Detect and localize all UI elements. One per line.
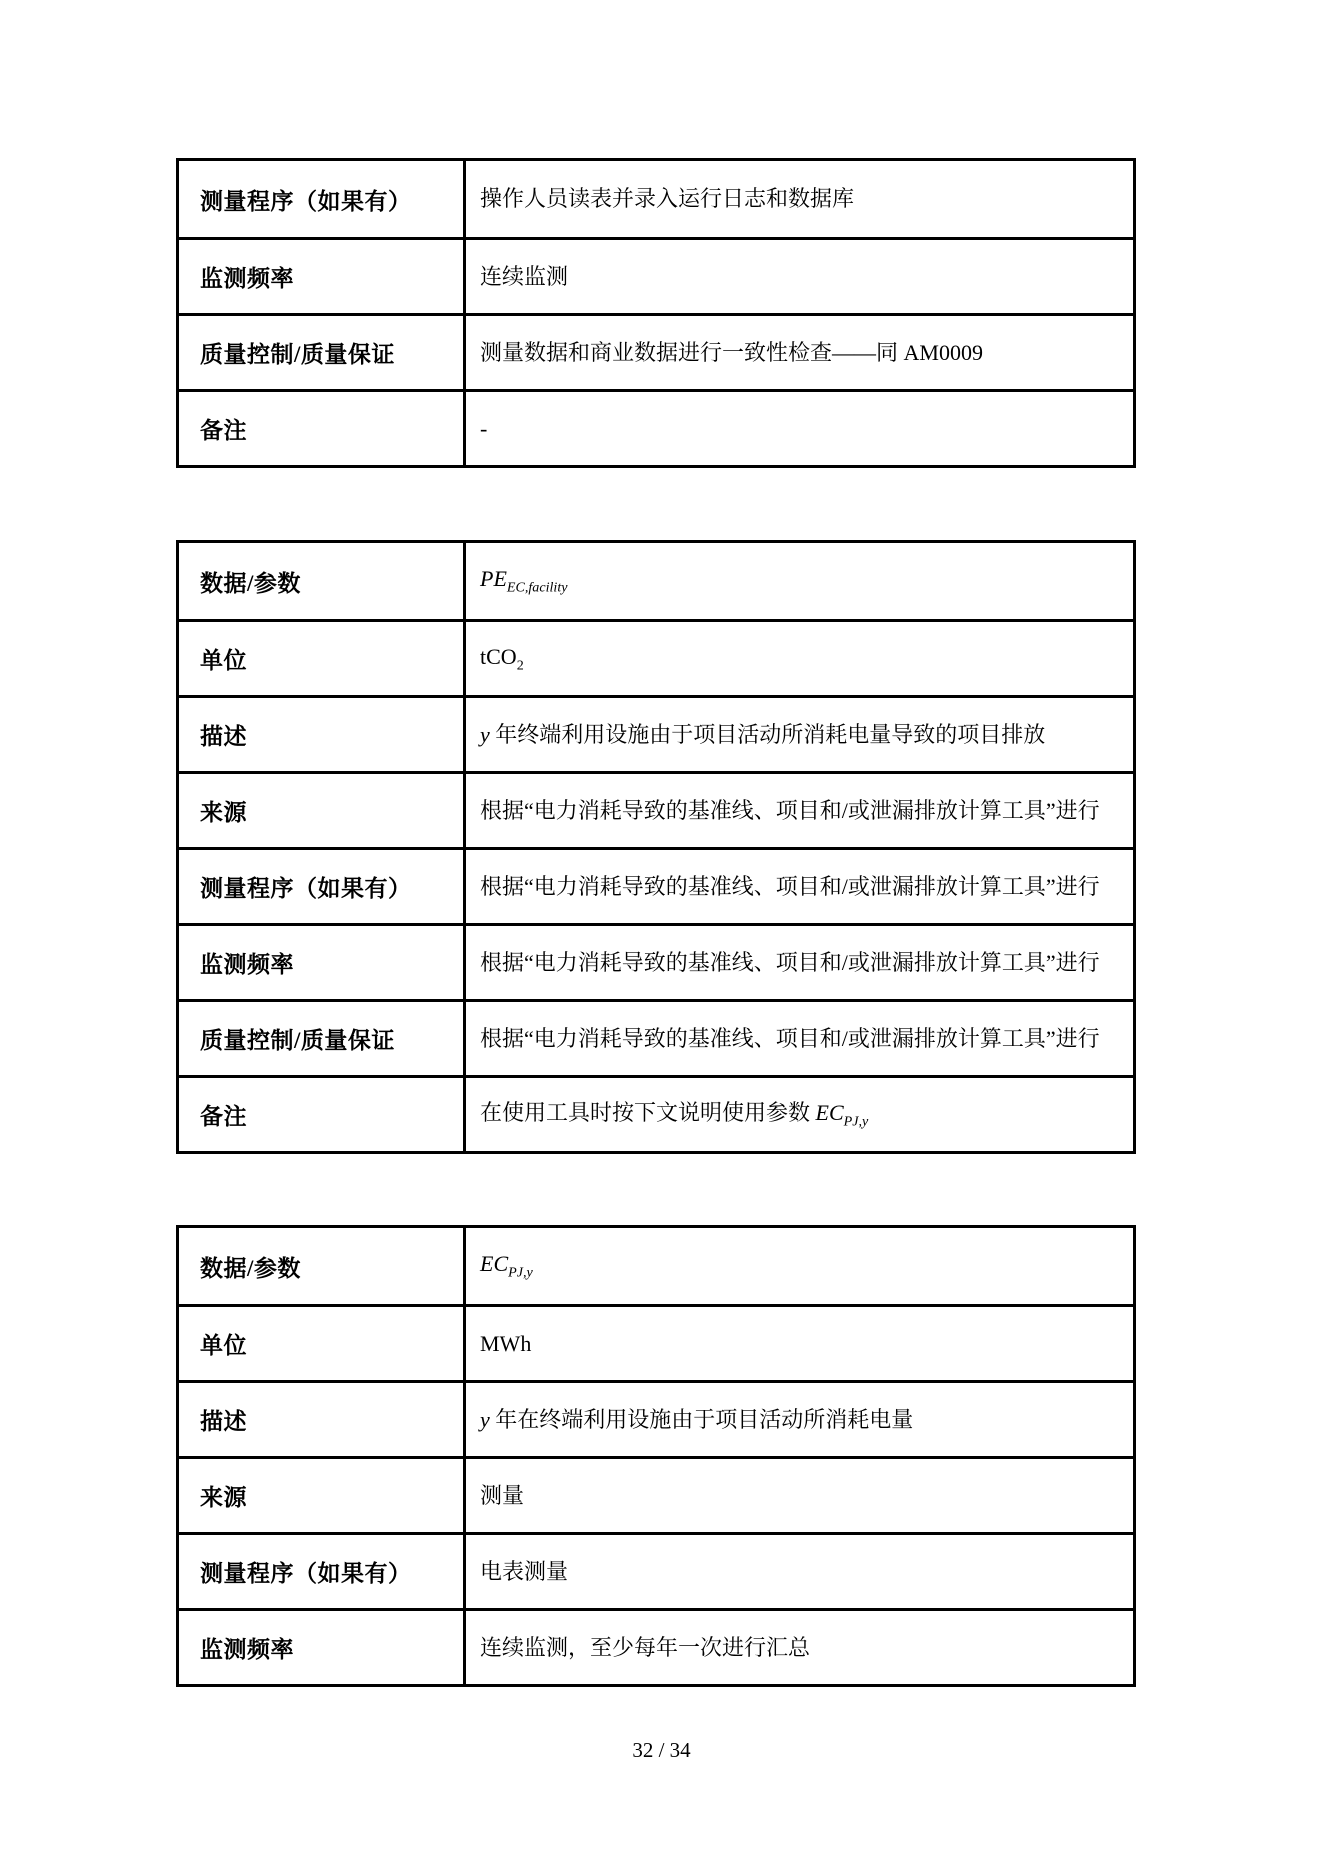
row-label: 来源 [179,774,466,847]
table-row: 单位MWh [179,1304,1133,1380]
row-value: - [466,392,1133,465]
row-value: 连续监测，至少每年一次进行汇总 [466,1611,1133,1684]
value-text: 根据“电力消耗导致的基准线、项目和/或泄漏排放计算工具”进行 [480,874,1100,899]
row-label: 监测频率 [179,240,466,313]
parameter-table-ec-pj-y: 数据/参数ECPJ,y单位MWh描述y 年在终端利用设施由于项目活动所消耗电量来… [176,1225,1136,1687]
table-row: 描述y 年终端利用设施由于项目活动所消耗电量导致的项目排放 [179,695,1133,771]
table-row: 单位tCO2 [179,619,1133,695]
value-text: y [480,722,490,747]
value-text: 测量数据和商业数据进行一致性检查——同 AM0009 [480,340,983,365]
table-row: 测量程序（如果有）根据“电力消耗导致的基准线、项目和/或泄漏排放计算工具”进行 [179,847,1133,923]
value-text: EC [480,1251,508,1276]
row-value: tCO2 [466,622,1133,695]
row-value: MWh [466,1307,1133,1380]
value-text: 根据“电力消耗导致的基准线、项目和/或泄漏排放计算工具”进行 [480,950,1100,975]
value-text: 根据“电力消耗导致的基准线、项目和/或泄漏排放计算工具”进行 [480,798,1100,823]
value-subscript: EC,facility [507,579,568,595]
row-value: y 年在终端利用设施由于项目活动所消耗电量 [466,1383,1133,1456]
row-label: 描述 [179,1383,466,1456]
row-value: y 年终端利用设施由于项目活动所消耗电量导致的项目排放 [466,698,1133,771]
row-value: 根据“电力消耗导致的基准线、项目和/或泄漏排放计算工具”进行 [466,850,1133,923]
monitoring-parameter-table-1: 测量程序（如果有）操作人员读表并录入运行日志和数据库监测频率连续监测质量控制/质… [176,158,1136,468]
value-text: 根据“电力消耗导致的基准线、项目和/或泄漏排放计算工具”进行 [480,1026,1100,1051]
row-label: 描述 [179,698,466,771]
value-text: 年在终端利用设施由于项目活动所消耗电量 [490,1407,914,1432]
row-label: 质量控制/质量保证 [179,1002,466,1075]
value-text: 年终端利用设施由于项目活动所消耗电量导致的项目排放 [490,722,1046,747]
table-row: 数据/参数ECPJ,y [179,1228,1133,1304]
row-value: 在使用工具时按下文说明使用参数 ECPJ,y [466,1078,1133,1151]
row-label: 备注 [179,392,466,465]
value-text: MWh [480,1331,531,1356]
value-text: 操作人员读表并录入运行日志和数据库 [480,186,854,211]
value-text: EC [816,1100,844,1125]
row-label: 测量程序（如果有） [179,1535,466,1608]
value-subscript: PJ,y [508,1264,533,1280]
row-value: ECPJ,y [466,1228,1133,1304]
parameter-tables-container: 测量程序（如果有）操作人员读表并录入运行日志和数据库监测频率连续监测质量控制/质… [176,158,1136,1687]
table-row: 备注在使用工具时按下文说明使用参数 ECPJ,y [179,1075,1133,1151]
value-subscript: PJ,y [844,1113,869,1129]
row-label: 监测频率 [179,926,466,999]
value-text: y [480,1407,490,1432]
table-row: 描述y 年在终端利用设施由于项目活动所消耗电量 [179,1380,1133,1456]
value-text: PE [480,566,507,591]
row-label: 数据/参数 [179,543,466,619]
row-label: 测量程序（如果有） [179,850,466,923]
row-label: 单位 [179,622,466,695]
value-text: tCO [480,644,517,669]
row-label: 质量控制/质量保证 [179,316,466,389]
row-value: 电表测量 [466,1535,1133,1608]
row-label: 测量程序（如果有） [179,161,466,237]
table-row: 数据/参数PEEC,facility [179,543,1133,619]
value-text: - [480,416,487,441]
value-subscript: 2 [517,657,524,673]
row-label: 单位 [179,1307,466,1380]
parameter-table-pe-ec-facility: 数据/参数PEEC,facility单位tCO2描述y 年终端利用设施由于项目活… [176,540,1136,1154]
row-value: 连续监测 [466,240,1133,313]
table-row: 来源测量 [179,1456,1133,1532]
row-label: 备注 [179,1078,466,1151]
row-value: 测量 [466,1459,1133,1532]
table-row: 质量控制/质量保证测量数据和商业数据进行一致性检查——同 AM0009 [179,313,1133,389]
table-row: 质量控制/质量保证根据“电力消耗导致的基准线、项目和/或泄漏排放计算工具”进行 [179,999,1133,1075]
row-value: 操作人员读表并录入运行日志和数据库 [466,161,1133,237]
table-row: 备注- [179,389,1133,465]
table-row: 测量程序（如果有）电表测量 [179,1532,1133,1608]
row-value: 测量数据和商业数据进行一致性检查——同 AM0009 [466,316,1133,389]
table-row: 测量程序（如果有）操作人员读表并录入运行日志和数据库 [179,161,1133,237]
row-label: 监测频率 [179,1611,466,1684]
row-value: PEEC,facility [466,543,1133,619]
row-label: 数据/参数 [179,1228,466,1304]
page-number: 32 / 34 [0,1738,1323,1763]
table-row: 监测频率连续监测 [179,237,1133,313]
row-label: 来源 [179,1459,466,1532]
row-value: 根据“电力消耗导致的基准线、项目和/或泄漏排放计算工具”进行 [466,926,1133,999]
value-text: 连续监测 [480,264,568,289]
value-text: 在使用工具时按下文说明使用参数 [480,1100,816,1125]
table-row: 来源根据“电力消耗导致的基准线、项目和/或泄漏排放计算工具”进行 [179,771,1133,847]
value-text: 电表测量 [480,1559,568,1584]
table-row: 监测频率根据“电力消耗导致的基准线、项目和/或泄漏排放计算工具”进行 [179,923,1133,999]
row-value: 根据“电力消耗导致的基准线、项目和/或泄漏排放计算工具”进行 [466,1002,1133,1075]
value-text: 连续监测，至少每年一次进行汇总 [480,1635,810,1660]
value-text: 测量 [480,1483,524,1508]
row-value: 根据“电力消耗导致的基准线、项目和/或泄漏排放计算工具”进行 [466,774,1133,847]
table-row: 监测频率连续监测，至少每年一次进行汇总 [179,1608,1133,1684]
